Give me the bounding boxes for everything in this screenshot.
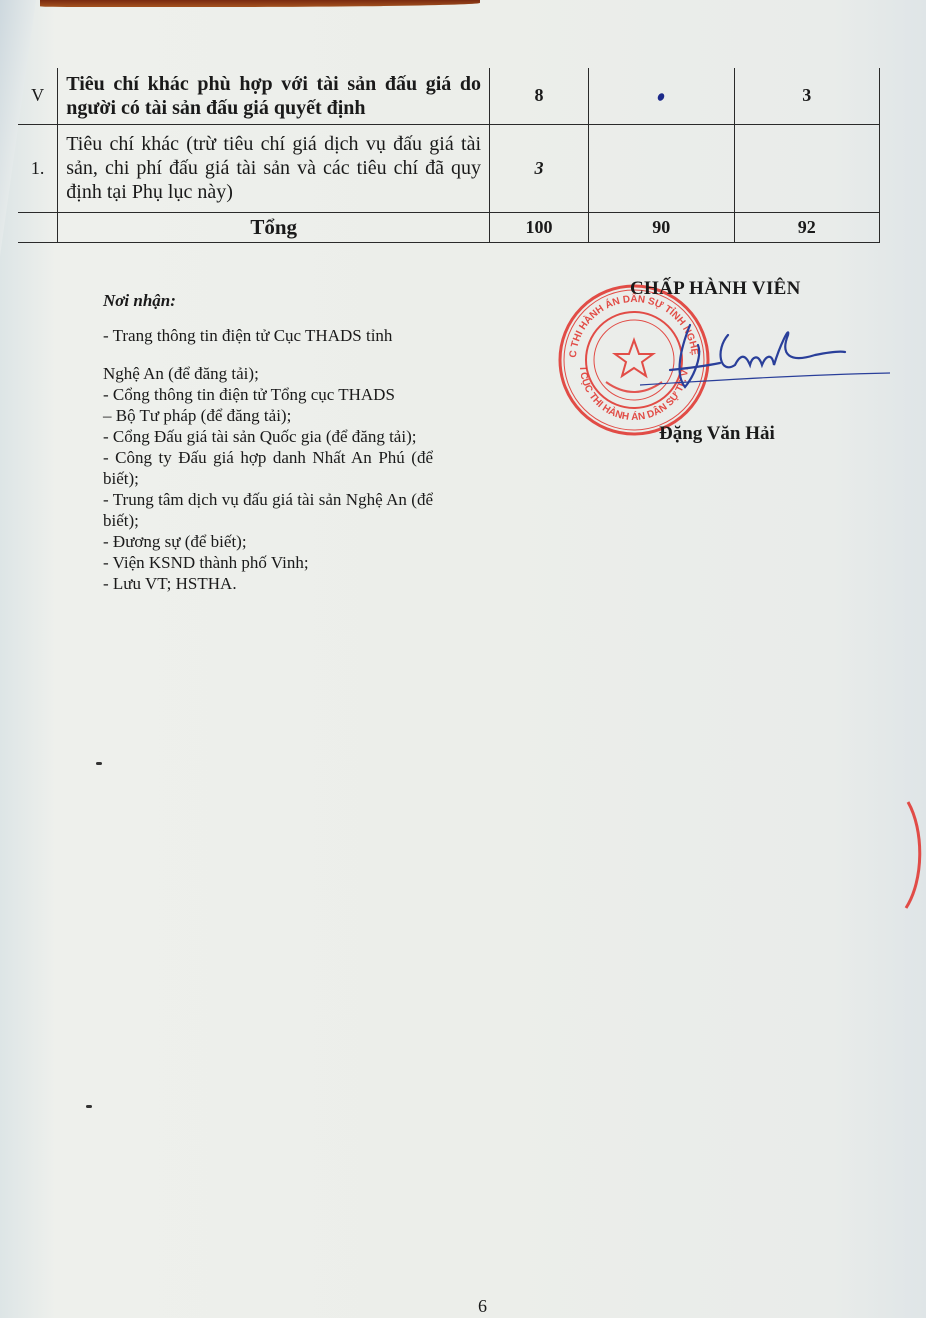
score-a [589,124,734,212]
row-number [18,212,58,242]
table-total-row: Tổng 100 90 92 [18,212,880,242]
table-row: 1. Tiêu chí khác (trừ tiêu chí giá dịch … [18,124,880,212]
scan-speck [96,762,102,765]
recipient-item: - Cổng Đấu giá tài sản Quốc gia (để đăng… [103,426,433,447]
table-row: V Tiêu chí khác phù hợp với tài sản đấu … [18,68,880,124]
criterion-text: Tiêu chí khác phù hợp với tài sản đấu gi… [58,68,490,124]
recipient-item: Nghệ An (để đăng tải); [103,363,433,384]
recipients-title: Nơi nhận: [103,290,433,311]
total-label: Tổng [58,212,490,242]
row-number: V [18,68,58,124]
recipient-item: – Bộ Tư pháp (để đăng tải); [103,405,433,426]
recipients-block: Nơi nhận: - Trang thông tin điện tử Cục … [103,290,433,594]
handwritten-signature-icon [640,315,890,395]
recipient-item: - Đương sự (để biết); [103,531,433,552]
criterion-text: Tiêu chí khác (trừ tiêu chí giá dịch vụ … [58,124,490,212]
signer-name: Đặng Văn Hải [659,423,775,445]
signer-title: CHẤP HÀNH VIÊN [630,278,801,300]
row-number: 1. [18,124,58,212]
page-number: 6 [478,1296,487,1317]
recipient-item: - Trung tâm dịch vụ đấu giá tài sản Nghệ… [103,489,433,531]
score-a [589,68,734,124]
recipient-item: - Lưu VT; HSTHA. [103,573,433,594]
total-max-score: 100 [490,212,589,242]
partial-seal-icon [900,800,926,910]
page-edge-shadow [40,0,480,7]
ink-dot [657,92,666,102]
recipient-item: - Cổng thông tin điện tử Tổng cục THADS [103,384,433,405]
scan-speck [86,1105,92,1108]
recipient-item: - Viện KSND thành phố Vinh; [103,552,433,573]
score-b [734,124,880,212]
criteria-table: V Tiêu chí khác phù hợp với tài sản đấu … [18,68,880,243]
total-score-a: 90 [589,212,734,242]
total-score-b: 92 [734,212,880,242]
max-score: 8 [490,68,589,124]
recipient-item: - Công ty Đấu giá hợp danh Nhất An Phú (… [103,447,433,489]
recipient-item: - Trang thông tin điện tử Cục THADS tỉnh [103,325,433,346]
score-b: 3 [734,68,880,124]
document-page: V Tiêu chí khác phù hợp với tài sản đấu … [0,0,926,1318]
max-score: 3 [490,124,589,212]
